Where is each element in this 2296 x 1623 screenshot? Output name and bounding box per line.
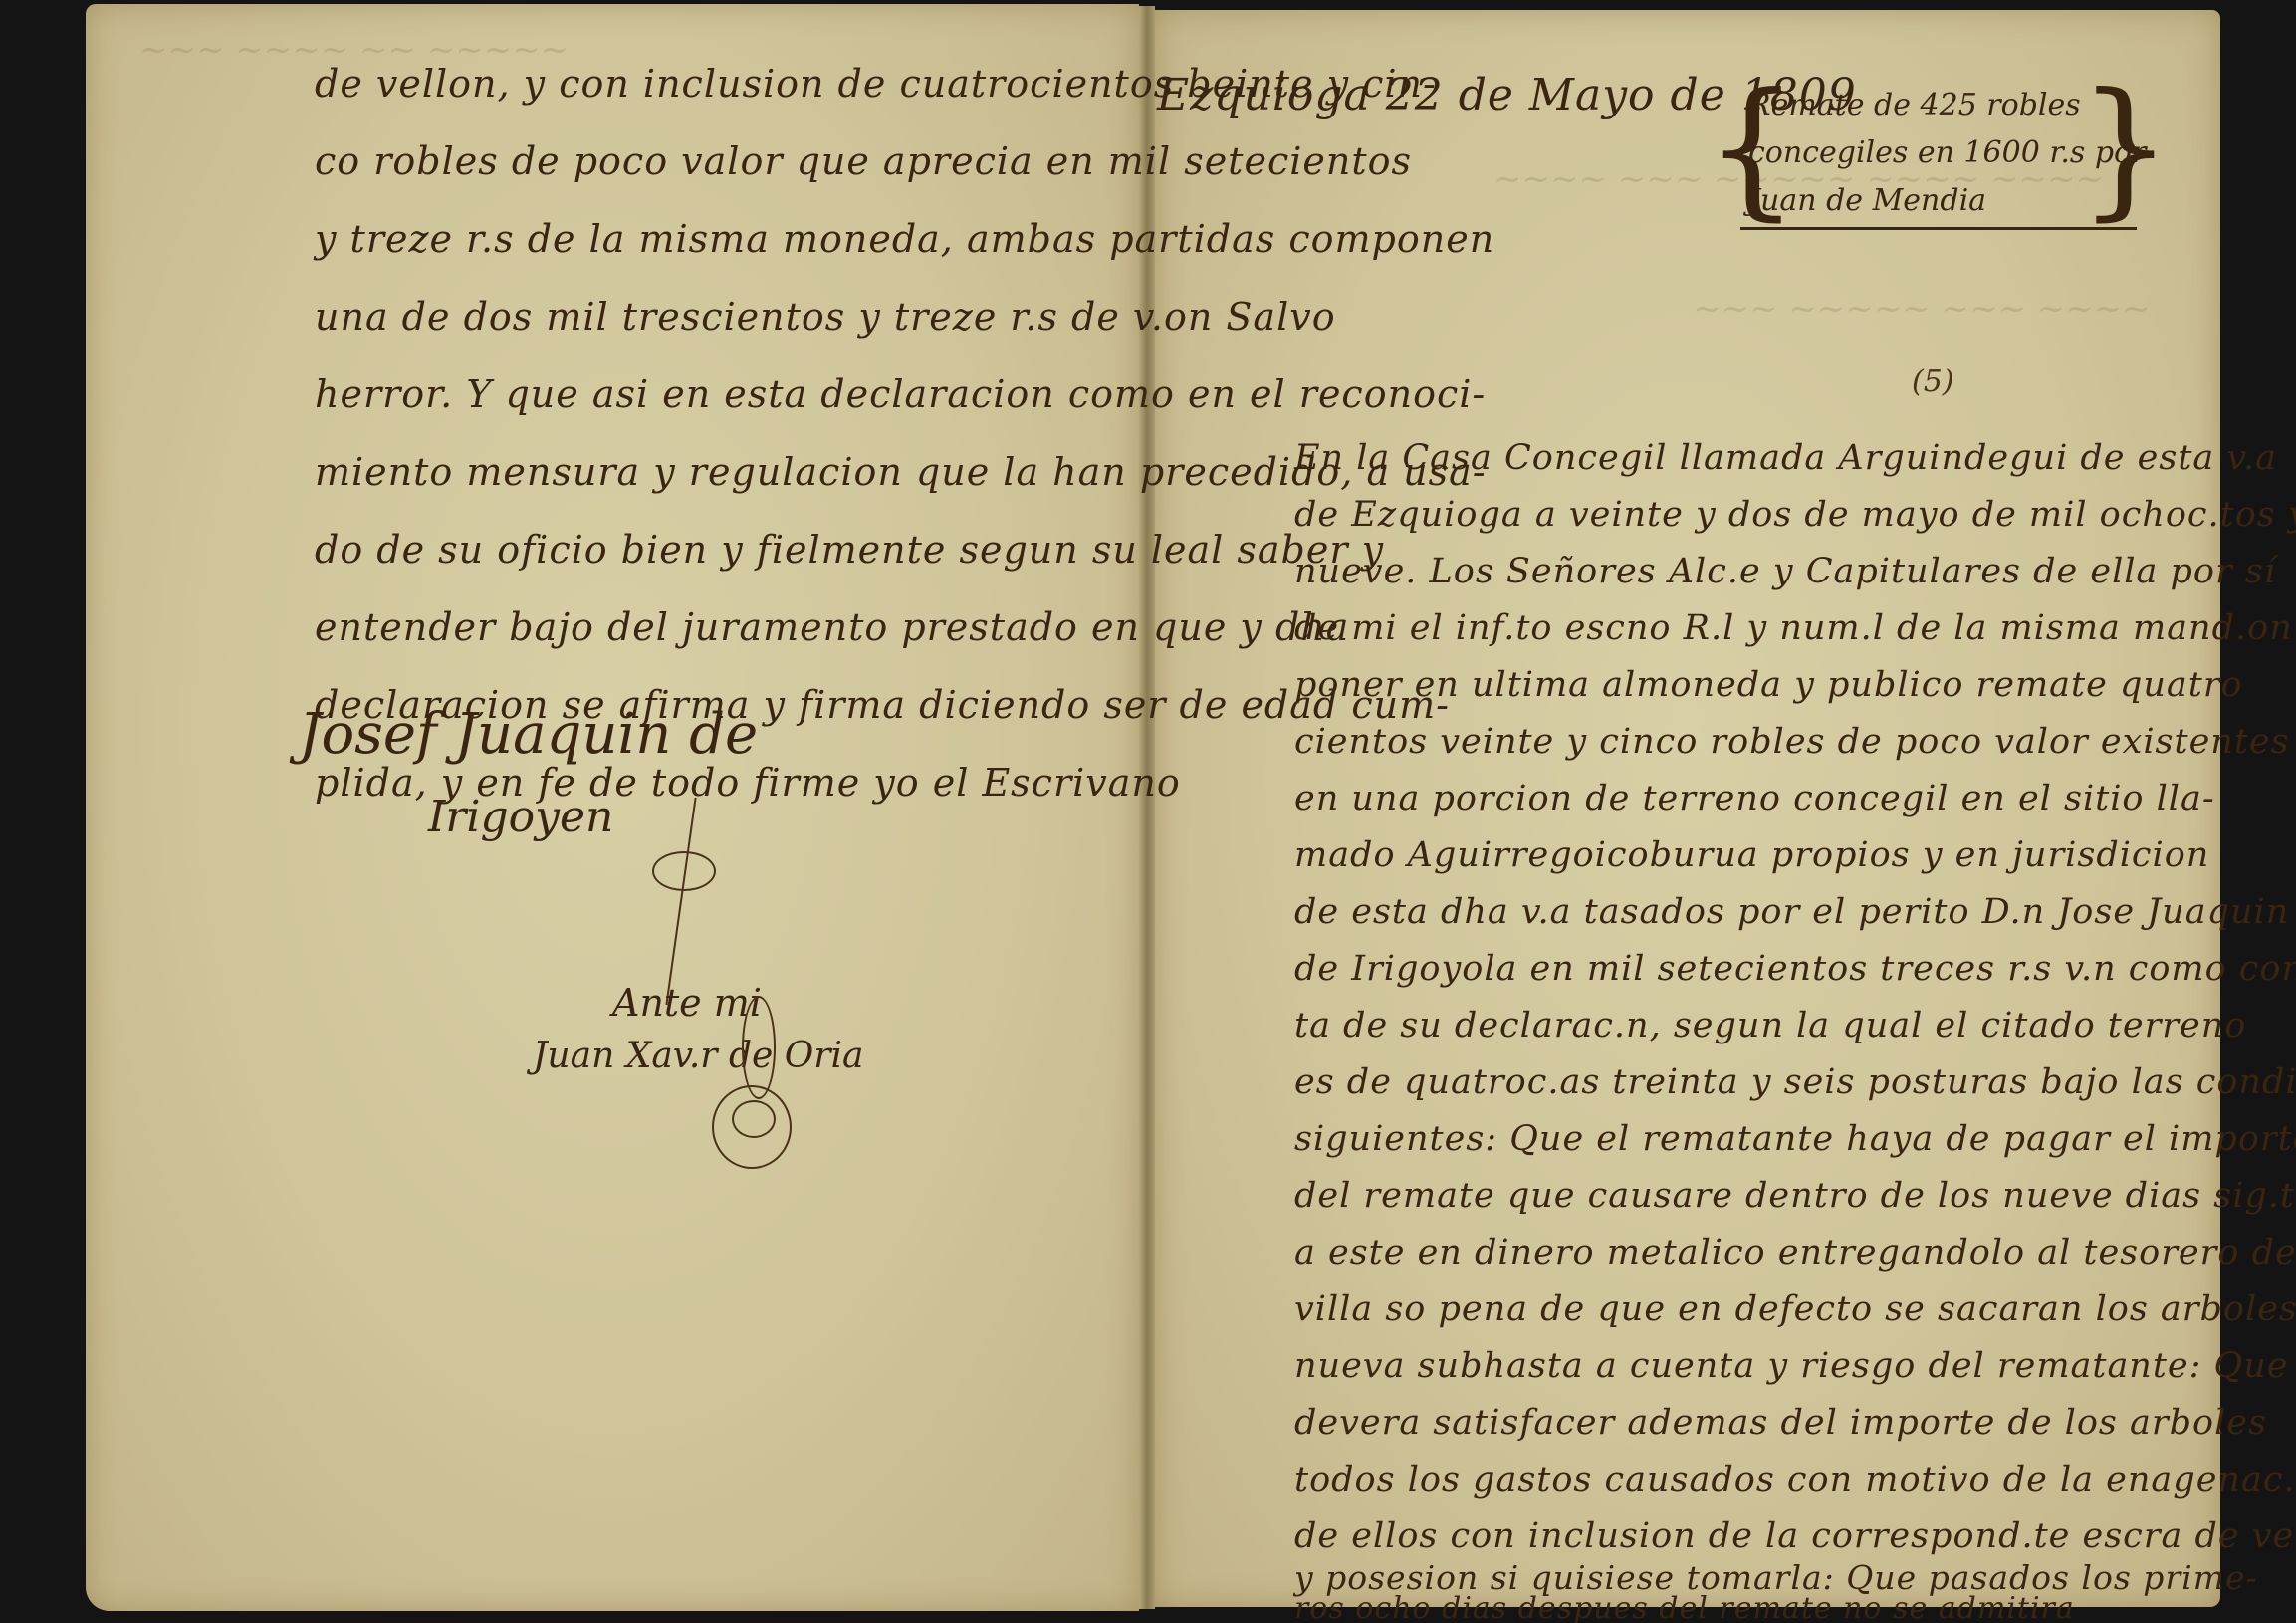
manuscript-line: de ellos con inclusion de la correspond.… [1294,1516,2296,1556]
manuscript-line: de Ezquioga a veinte y dos de mayo de mi… [1294,495,2296,535]
notary-rubric-loop-icon [742,996,776,1099]
manuscript-line: siguientes: Que el rematante haya de pag… [1294,1119,2296,1159]
signature-signer-name: Josef Juaquin de [299,702,758,767]
manuscript-line: poner en ultima almoneda y publico remat… [1294,665,2243,705]
manuscript-line: nueve. Los Señores Alc.e y Capitulares d… [1294,552,2276,591]
manuscript-line: a este en dinero metalico entregandolo a… [1294,1233,2296,1273]
manuscript-line: do de su oficio bien y fielmente segun s… [315,528,1384,572]
manuscript-line: devera satisfacer ademas del importe de … [1294,1403,2267,1443]
manuscript-line: En la Casa Concegil llamada Arguindegui … [1294,438,2277,478]
manuscript-line: y treze r.s de la misma moneda, ambas pa… [315,217,1494,261]
bleed-through-text: ~~~ ~~~~~ ~~~ ~~~~ [1693,289,2151,329]
folio-number: (5) [1912,364,1954,399]
manuscript-line: mado Aguirregoicoburua propios y en juri… [1294,835,2209,875]
manuscript-line: nueva subhasta a cuenta y riesgo del rem… [1294,1346,2296,1386]
manuscript-line: todos los gastos causados con motivo de … [1294,1460,2296,1500]
manuscript-line: ros ocho dias despues del remate no se a… [1294,1591,2075,1623]
manuscript-line: cientos veinte y cinco robles de poco va… [1294,722,2290,762]
manuscript-line: de Irigoyola en mil setecientos treces r… [1294,949,2296,989]
manuscript-line: villa so pena de que en defecto se sacar… [1294,1289,2296,1329]
marginal-note-line: concegiles en 1600 r.s por [1748,135,2146,170]
manuscript-line: entender bajo del juramento prestado en … [315,605,1349,649]
notary-attestation: Ante mi [612,981,762,1025]
marginal-note-line: Remate de 425 robles [1748,88,2081,122]
signature-signer-surname: Irigoyen [428,792,613,842]
manuscript-line: ta de su declarac.n, segun la qual el ci… [1294,1006,2246,1045]
manuscript-line: es de quatroc.as treinta y seis posturas… [1294,1062,2296,1102]
manuscript-line: co robles de poco valor que aprecia en m… [315,139,1412,183]
manuscript-line: una de dos mil trescientos y treze r.s d… [315,295,1336,339]
notary-signature: Juan Xav.r de Oria [533,1036,863,1076]
manuscript-line: del remate que causare dentro de los nue… [1294,1176,2296,1216]
manuscript-line: de esta dha v.a tasados por el perito D.… [1294,892,2289,932]
notary-rubric-inner-icon [732,1100,776,1138]
marginal-summary-note: { } Remate de 425 robles concegiles en 1… [1740,78,2137,230]
marginal-note-line: Juan de Mendia [1748,183,1986,218]
manuscript-line: herror. Y que asi en esta declaracion co… [315,372,1486,416]
manuscript-line: en una porcion de terreno concegil en el… [1294,779,2215,818]
manuscript-line: de mi el inf.to escno R.l y num.l de la … [1294,608,2293,648]
